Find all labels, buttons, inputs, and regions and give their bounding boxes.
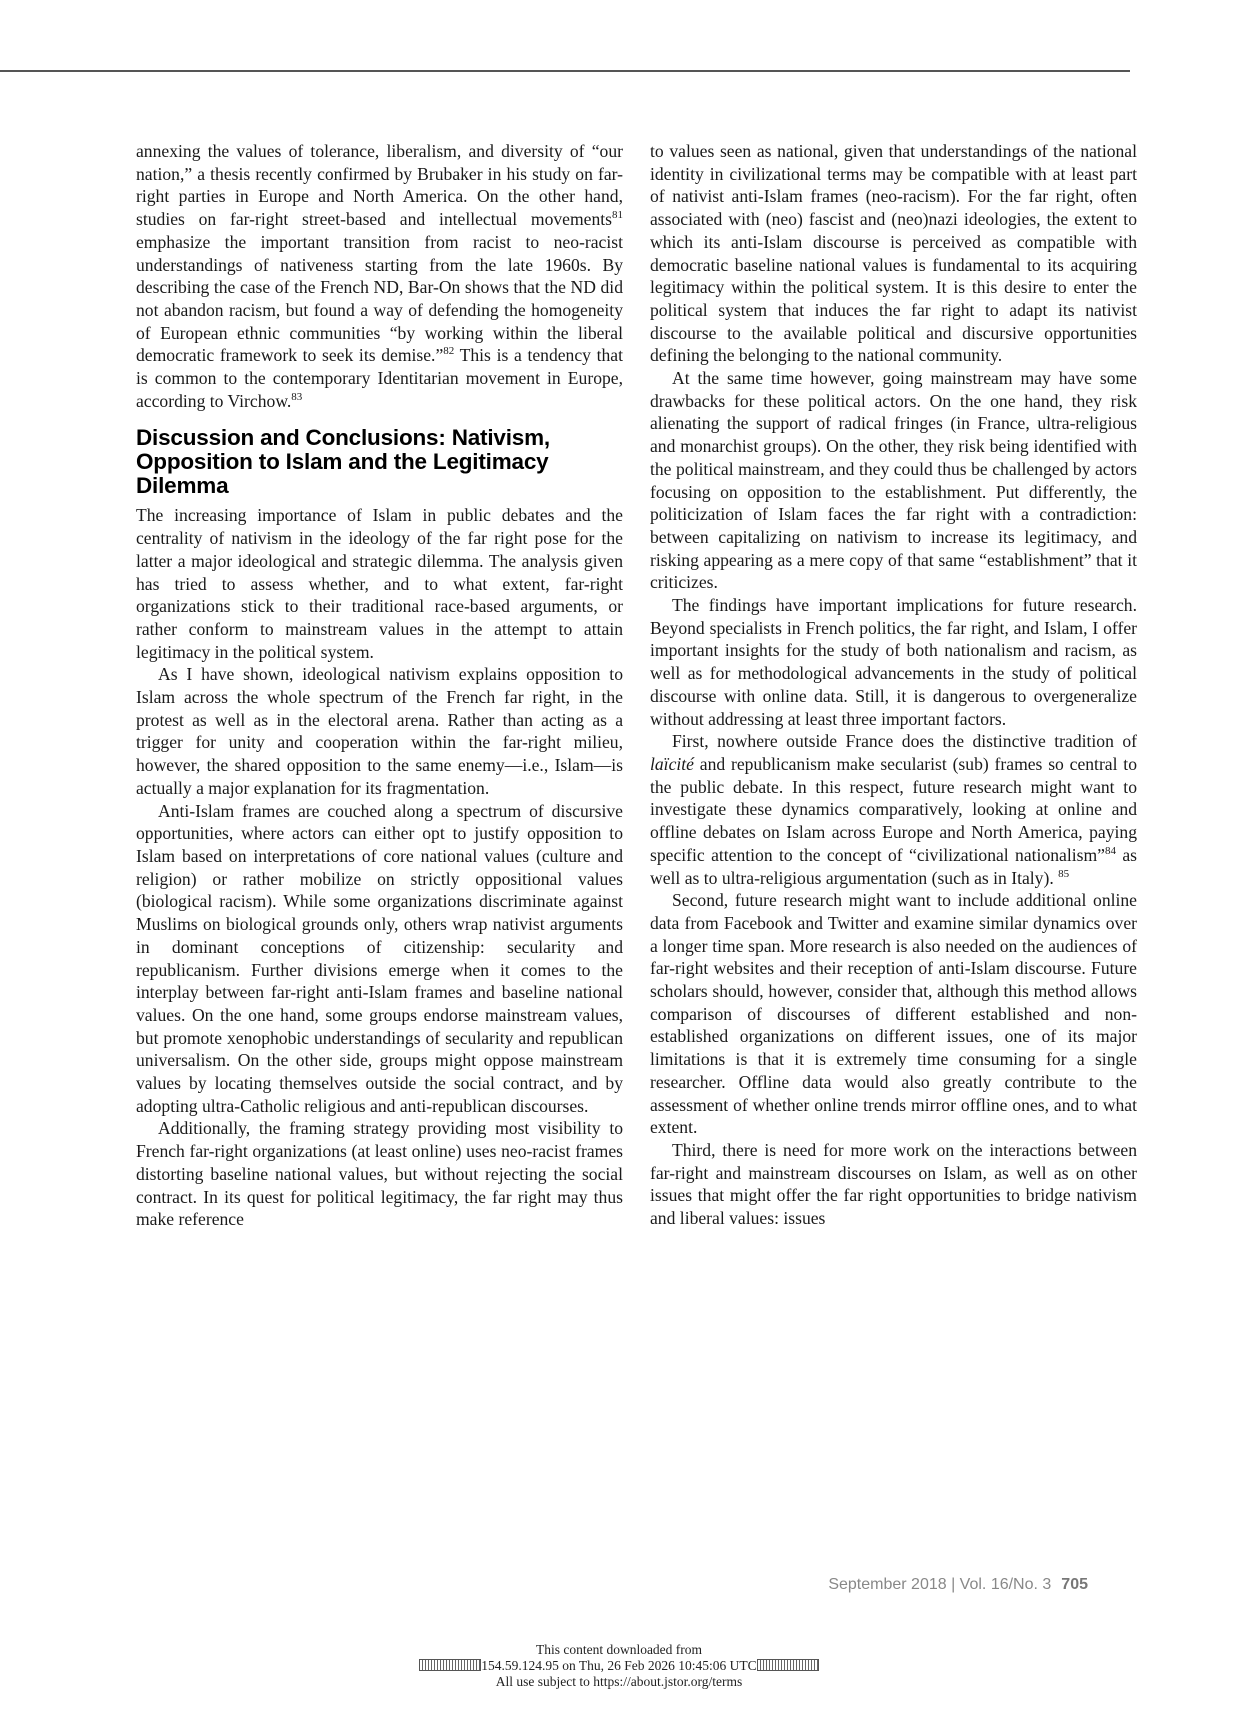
paragraph: At the same time however, going mainstre…: [650, 367, 1137, 594]
footnote-ref[interactable]: 83: [291, 391, 302, 403]
left-column: annexing the values of tolerance, libera…: [136, 140, 623, 1231]
paragraph: Third, there is need for more work on th…: [650, 1139, 1137, 1230]
paragraph: Additionally, the framing strategy provi…: [136, 1117, 623, 1231]
footnote-ref[interactable]: 82: [443, 345, 454, 357]
download-info: 154.59.124.95 on Thu, 26 Feb 2026 10:45:…: [481, 1658, 756, 1673]
text: annexing the values of tolerance, libera…: [136, 141, 623, 229]
paragraph: Anti-Islam frames are couched along a sp…: [136, 800, 623, 1118]
right-column: to values seen as national, given that u…: [650, 140, 1137, 1230]
redaction-glyph-icon: [419, 1659, 481, 1671]
paragraph: Second, future research might want to in…: [650, 889, 1137, 1139]
redaction-glyph-icon: [757, 1659, 819, 1671]
text: and republicanism make secularist (sub) …: [650, 754, 1137, 865]
section-heading: Discussion and Conclusions: Nativism, Op…: [136, 426, 623, 498]
paragraph: As I have shown, ideological nativism ex…: [136, 663, 623, 799]
paragraph: First, nowhere outside France does the d…: [650, 730, 1137, 889]
paragraph: annexing the values of tolerance, libera…: [136, 140, 623, 412]
jstor-line-1: This content downloaded from: [0, 1642, 1238, 1658]
running-footer: September 2018 | Vol. 16/No. 3705: [828, 1576, 1088, 1594]
footnote-ref[interactable]: 81: [612, 209, 623, 221]
page-number: 705: [1061, 1576, 1088, 1593]
paragraph: The increasing importance of Islam in pu…: [136, 504, 623, 663]
footnote-ref[interactable]: 85: [1058, 868, 1069, 880]
jstor-terms[interactable]: All use subject to https://about.jstor.o…: [0, 1674, 1238, 1690]
jstor-notice: This content downloaded from 154.59.124.…: [0, 1642, 1238, 1690]
italic-term: laïcité: [650, 754, 694, 774]
footnote-ref[interactable]: 84: [1105, 845, 1116, 857]
paragraph: to values seen as national, given that u…: [650, 140, 1137, 367]
jstor-line-2: 154.59.124.95 on Thu, 26 Feb 2026 10:45:…: [0, 1658, 1238, 1674]
paragraph: The findings have important implications…: [650, 594, 1137, 730]
issue-info: September 2018 | Vol. 16/No. 3: [828, 1576, 1051, 1593]
header-rule: [0, 70, 1130, 72]
text: First, nowhere outside France does the d…: [672, 731, 1137, 751]
